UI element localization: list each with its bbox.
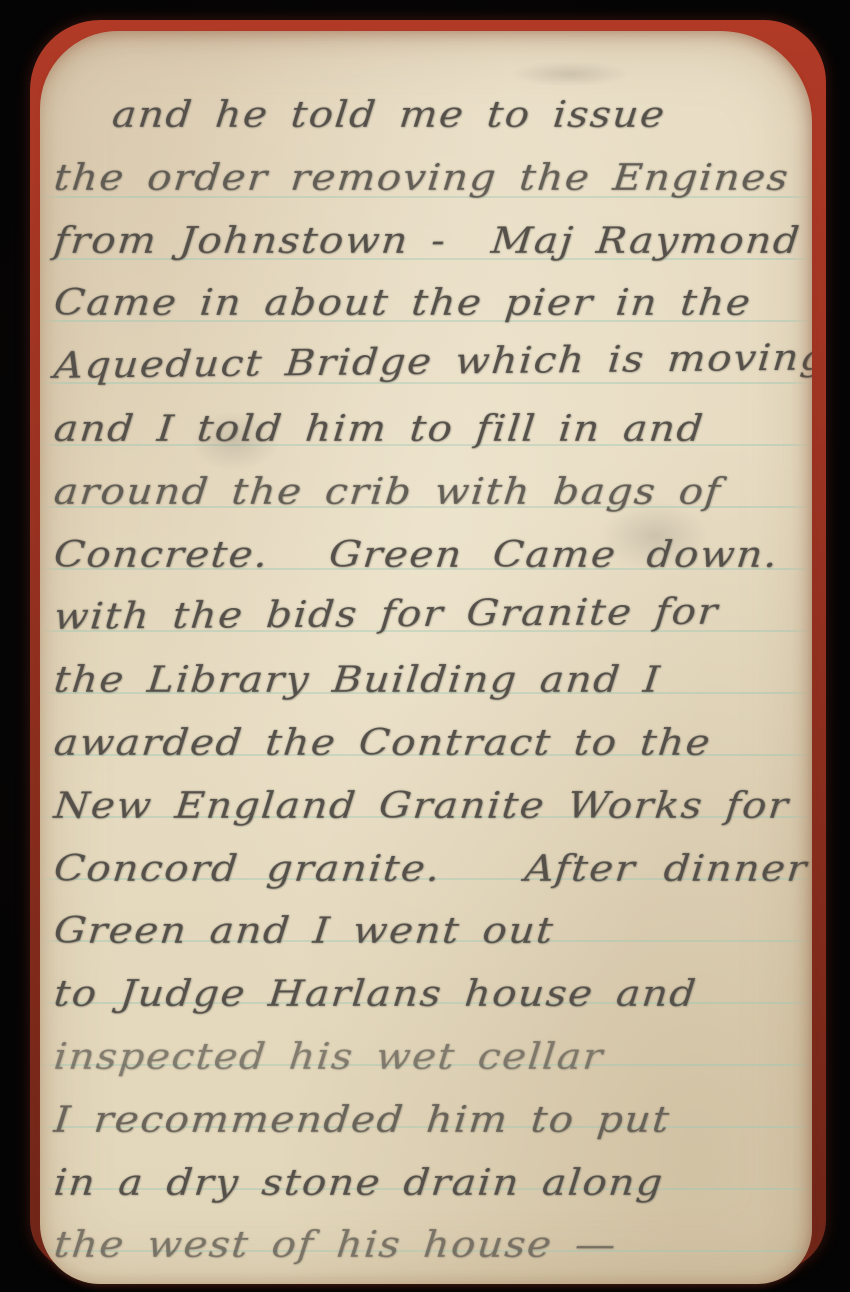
handwriting-line: from Johnstown - Maj Raymond — [51, 210, 812, 273]
handwriting-line: in a dry stone drain along — [51, 1152, 812, 1215]
handwriting-line: with the bids for Granite for — [51, 580, 812, 649]
handwriting-line: New England Granite Works for — [51, 775, 812, 838]
handwriting-line: inspected his wet cellar — [51, 1026, 812, 1089]
notebook-page: and he told me to issuethe order removin… — [40, 31, 812, 1284]
handwriting-line: the west of his house — — [51, 1214, 812, 1277]
handwriting-line: Concord granite. After dinner — [51, 838, 812, 901]
handwriting-line: I recommended him to put — [51, 1089, 812, 1152]
handwriting-line: Aqueduct Bridge which is moving — [51, 326, 812, 398]
handwriting-line: and I told him to fill in and — [51, 398, 812, 461]
handwriting-line: Came in about the pier in the — [51, 272, 812, 335]
handwriting-text: and he told me to issuethe order removin… — [54, 84, 800, 1277]
handwriting-line: the Library Building and I — [51, 649, 812, 712]
handwriting-line: Green and I went out — [51, 900, 812, 963]
handwriting-line: Concrete. Green Came down. — [51, 524, 812, 587]
handwriting-line: and he told me to issue — [51, 84, 812, 147]
handwriting-line: the order removing the Engines — [51, 147, 812, 210]
photo-background: and he told me to issuethe order removin… — [0, 0, 850, 1292]
handwriting-line: around the crib with bags of — [51, 461, 812, 524]
handwriting-line: to Judge Harlans house and — [51, 963, 812, 1026]
handwriting-line: awarded the Contract to the — [51, 712, 812, 775]
